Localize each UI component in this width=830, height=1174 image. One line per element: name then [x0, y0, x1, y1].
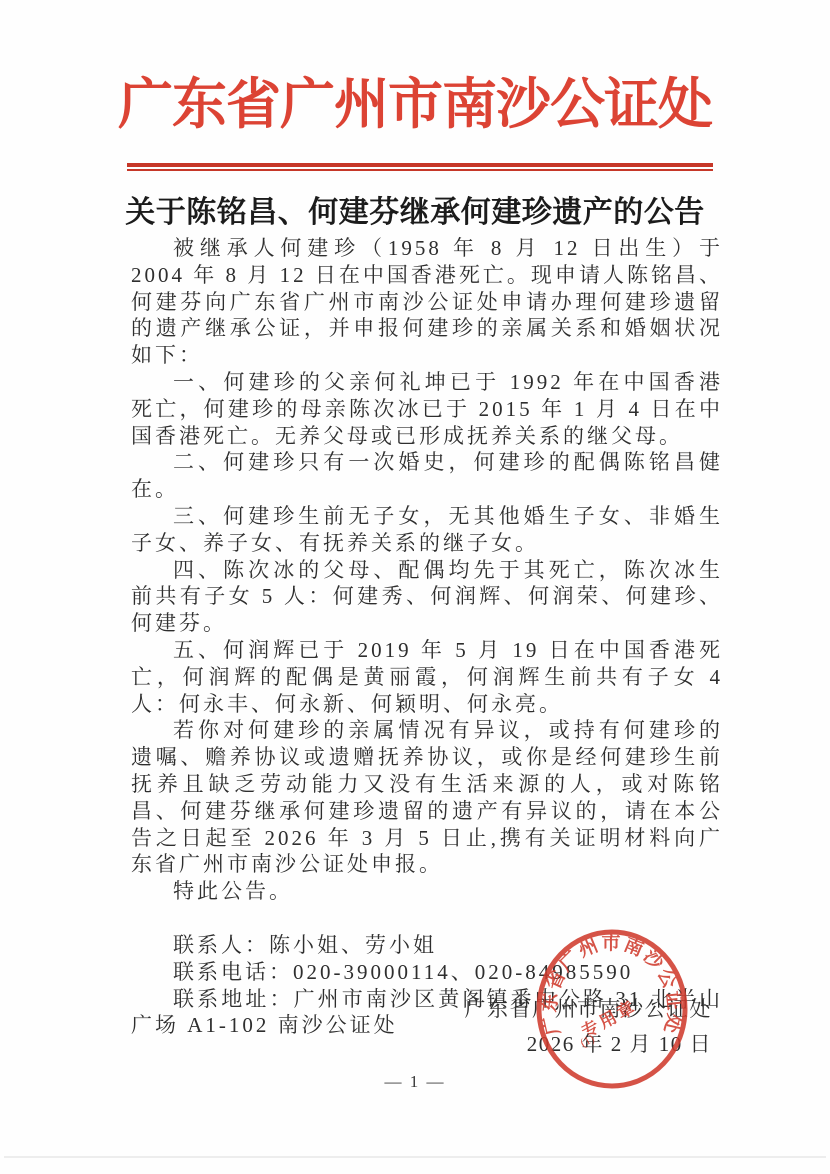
body-paragraph-item-4: 四、陈次冰的父母、配偶均先于其死亡，陈次冰生前共有子女 5 人：何建秀、何润辉、…	[131, 557, 723, 637]
body-paragraph-item-5: 五、何润辉已于 2019 年 5 月 19 日在中国香港死亡，何润辉的配偶是黄丽…	[131, 637, 723, 717]
announcement-title: 关于陈铭昌、何建芬继承何建珍遗产的公告	[0, 187, 830, 231]
body-paragraph-item-2: 二、何建珍只有一次婚史，何建珍的配偶陈铭昌健在。	[131, 449, 723, 503]
body-paragraph-item-1: 一、何建珍的父亲何礼坤已于 1992 年在中国香港死亡，何建珍的母亲陈次冰已于 …	[131, 369, 723, 449]
scan-edge-line	[4, 1156, 826, 1158]
body-paragraph-closing: 特此公告。	[131, 878, 723, 905]
body-paragraph-item-3: 三、何建珍生前无子女，无其他婚生子女、非婚生子女、养子女、有抚养关系的继子女。	[131, 503, 723, 557]
masthead-divider	[127, 163, 713, 171]
body-paragraph-objection: 若你对何建珍的亲属情况有异议，或持有何建珍的遗嘱、赡养协议或遗赠抚养协议，或你是…	[131, 717, 723, 878]
divider-thick-line	[127, 163, 713, 167]
divider-thin-line	[127, 169, 713, 171]
official-red-seal: 广东省广州市南沙公证处 专用章 (1)	[533, 926, 691, 1092]
page-number: — 1 —	[0, 1072, 830, 1092]
notice-document-page: 广东省广州市南沙公证处 关于陈铭昌、何建芬继承何建珍遗产的公告 被继承人何建珍（…	[0, 0, 830, 1174]
announcement-body: 被继承人何建珍（1958 年 8 月 12 日出生）于 2004 年 8 月 1…	[131, 235, 723, 1039]
body-paragraph-intro: 被继承人何建珍（1958 年 8 月 12 日出生）于 2004 年 8 月 1…	[131, 235, 723, 369]
notary-office-masthead: 广东省广州市南沙公证处	[0, 60, 830, 139]
